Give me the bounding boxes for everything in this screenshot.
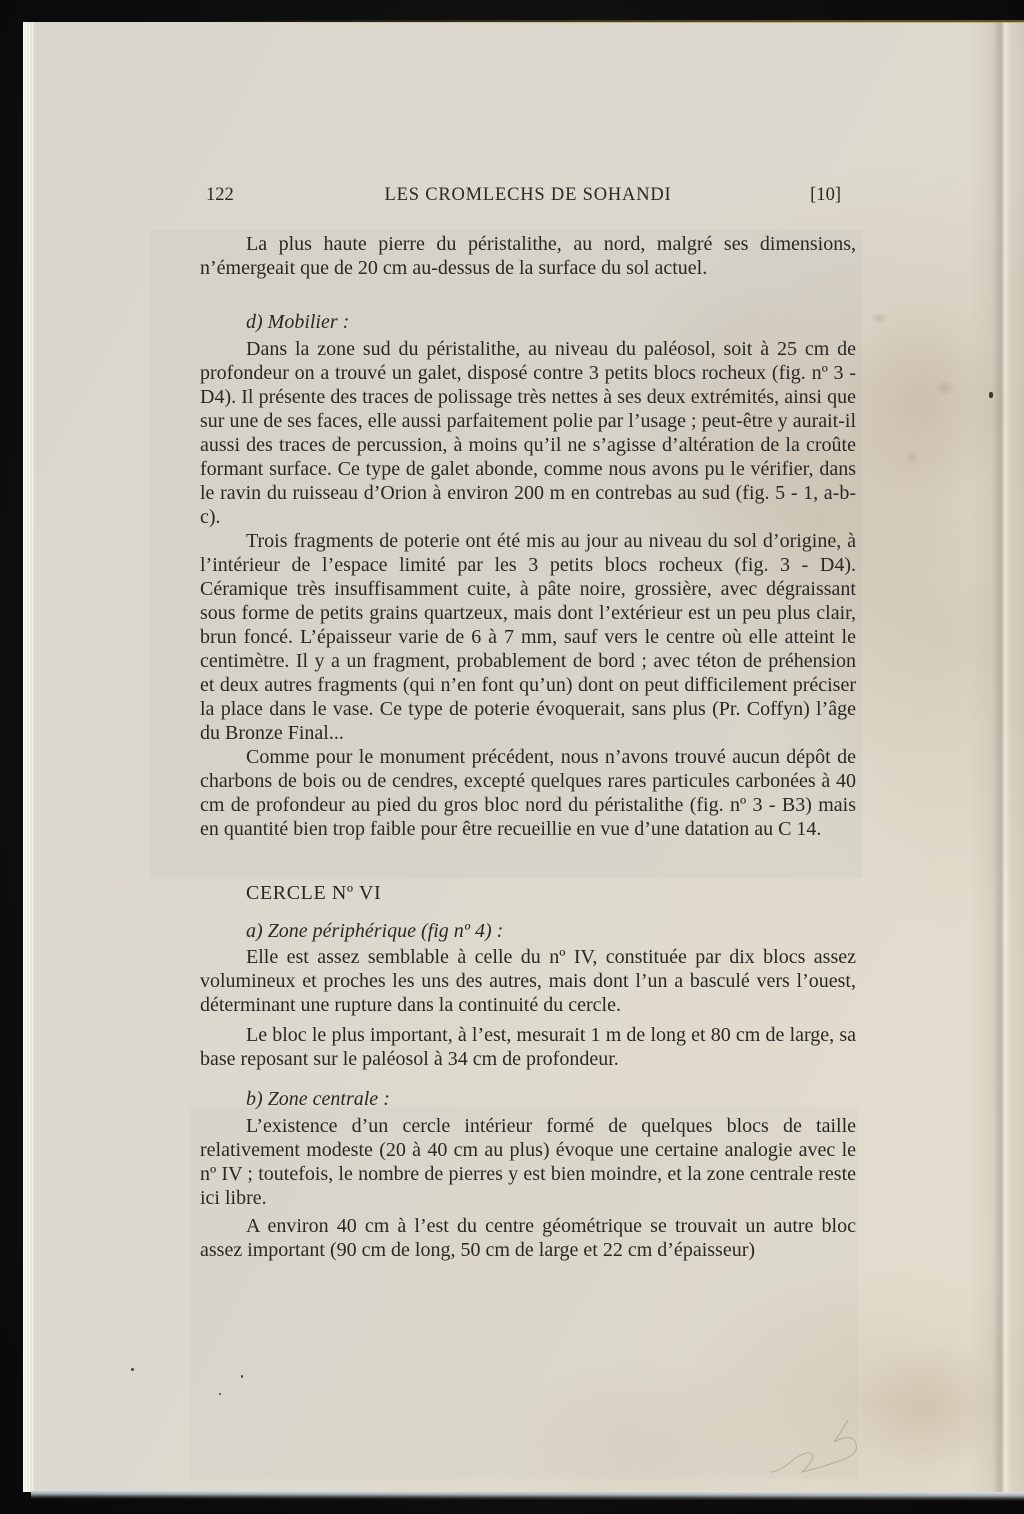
running-head: 122 LES CROMLECHS DE SOHANDI [10] bbox=[200, 183, 856, 207]
paper-speck bbox=[219, 1393, 221, 1395]
paragraph-intro: La plus haute pierre du péristalithe, au… bbox=[200, 232, 856, 280]
paragraph-zone-peripherique-1: Elle est assez semblable à celle du nº I… bbox=[200, 945, 856, 1017]
page-top-edge bbox=[203, 20, 1024, 23]
text-block: 122 LES CROMLECHS DE SOHANDI [10] La plu… bbox=[200, 183, 856, 1262]
paragraph-charbons: Comme pour le monument précédent, nous n… bbox=[200, 745, 856, 841]
paragraph-zone-centrale-2: A environ 40 cm à l’est du centre géomét… bbox=[200, 1214, 856, 1262]
paper-speck bbox=[131, 1368, 134, 1371]
book-page: 122 LES CROMLECHS DE SOHANDI [10] La plu… bbox=[23, 22, 1024, 1492]
paragraph-zone-centrale-1: L’existence d’un cercle intérieur formé … bbox=[200, 1114, 856, 1210]
page-edge-stack bbox=[23, 22, 35, 1492]
paragraph-zone-peripherique-2: Le bloc le plus important, à l’est, mesu… bbox=[200, 1023, 856, 1071]
paragraph-galet: Dans la zone sud du péristalithe, au niv… bbox=[200, 337, 856, 529]
heading-mobilier: d) Mobilier : bbox=[200, 310, 856, 334]
heading-zone-centrale: b) Zone centrale : bbox=[200, 1087, 856, 1111]
pagination-mark: [10] bbox=[810, 183, 841, 207]
heading-cercle-vi: CERCLE Nº VI bbox=[200, 881, 856, 905]
running-title: LES CROMLECHS DE SOHANDI bbox=[200, 183, 856, 207]
page-fold-crease bbox=[969, 22, 1024, 1492]
paper-speck bbox=[241, 1375, 243, 1378]
pencil-scribble bbox=[753, 1402, 913, 1492]
paragraph-poterie: Trois fragments de poterie ont été mis a… bbox=[200, 529, 856, 745]
heading-zone-peripherique: a) Zone périphérique (fig nº 4) : bbox=[200, 919, 856, 943]
